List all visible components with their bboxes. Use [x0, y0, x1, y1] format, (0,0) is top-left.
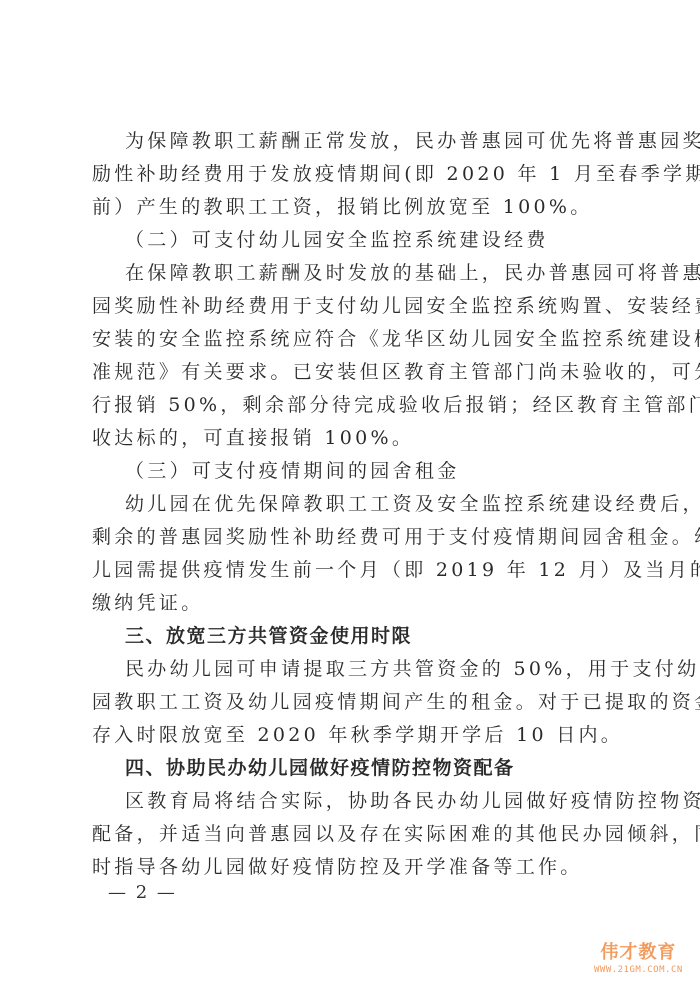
- section-heading: 四、协助民办幼儿园做好疫情防控物资配备: [92, 752, 606, 785]
- text-line: 时指导各幼儿园做好疫情防控及开学准备等工作。: [92, 851, 606, 884]
- text-line: 准规范》有关要求。已安装但区教育主管部门尚未验收的，可先: [92, 356, 606, 389]
- text-line: 为保障教职工薪酬正常发放，民办普惠园可优先将普惠园奖: [92, 125, 606, 158]
- text-line: 行报销 50%，剩余部分待完成验收后报销；经区教育主管部门验: [92, 389, 606, 422]
- page-number: — 2 —: [108, 882, 177, 903]
- text-line: 区教育局将结合实际，协助各民办幼儿园做好疫情防控物资: [92, 785, 606, 818]
- text-line: 园教职工工资及幼儿园疫情期间产生的租金。对于已提取的资金，: [92, 686, 606, 719]
- section-heading: 三、放宽三方共管资金使用时限: [92, 620, 606, 653]
- text-line: 儿园需提供疫情发生前一个月（即 2019 年 12 月）及当月的租金: [92, 554, 606, 587]
- watermark-url: WWW.21GM.COM.CN: [594, 965, 683, 975]
- text-line: 园奖励性补助经费用于支付幼儿园安全监控系统购置、安装经费。: [92, 290, 606, 323]
- text-line: （二）可支付幼儿园安全监控系统建设经费: [92, 224, 606, 257]
- text-line: 在保障教职工薪酬及时发放的基础上，民办普惠园可将普惠: [92, 257, 606, 290]
- document-body: 为保障教职工薪酬正常发放，民办普惠园可优先将普惠园奖励性补助经费用于发放疫情期间…: [92, 125, 606, 884]
- text-line: 幼儿园在优先保障教职工工资及安全监控系统建设经费后，: [92, 488, 606, 521]
- text-line: 民办幼儿园可申请提取三方共管资金的 50%，用于支付幼儿: [92, 653, 606, 686]
- text-line: 安装的安全监控系统应符合《龙华区幼儿园安全监控系统建设标: [92, 323, 606, 356]
- text-line: 缴纳凭证。: [92, 587, 606, 620]
- text-line: 配备，并适当向普惠园以及存在实际困难的其他民办园倾斜，同: [92, 818, 606, 851]
- text-line: 剩余的普惠园奖励性补助经费可用于支付疫情期间园舍租金。幼: [92, 521, 606, 554]
- text-line: 存入时限放宽至 2020 年秋季学期开学后 10 日内。: [92, 719, 606, 752]
- watermark-title: 伟才教育: [594, 938, 683, 964]
- text-line: 励性补助经费用于发放疫情期间(即 2020 年 1 月至春季学期开学: [92, 158, 606, 191]
- watermark: 伟才教育 WWW.21GM.COM.CN: [594, 938, 683, 975]
- text-line: （三）可支付疫情期间的园舍租金: [92, 455, 606, 488]
- text-line: 前）产生的教职工工资，报销比例放宽至 100%。: [92, 191, 606, 224]
- text-line: 收达标的，可直接报销 100%。: [92, 422, 606, 455]
